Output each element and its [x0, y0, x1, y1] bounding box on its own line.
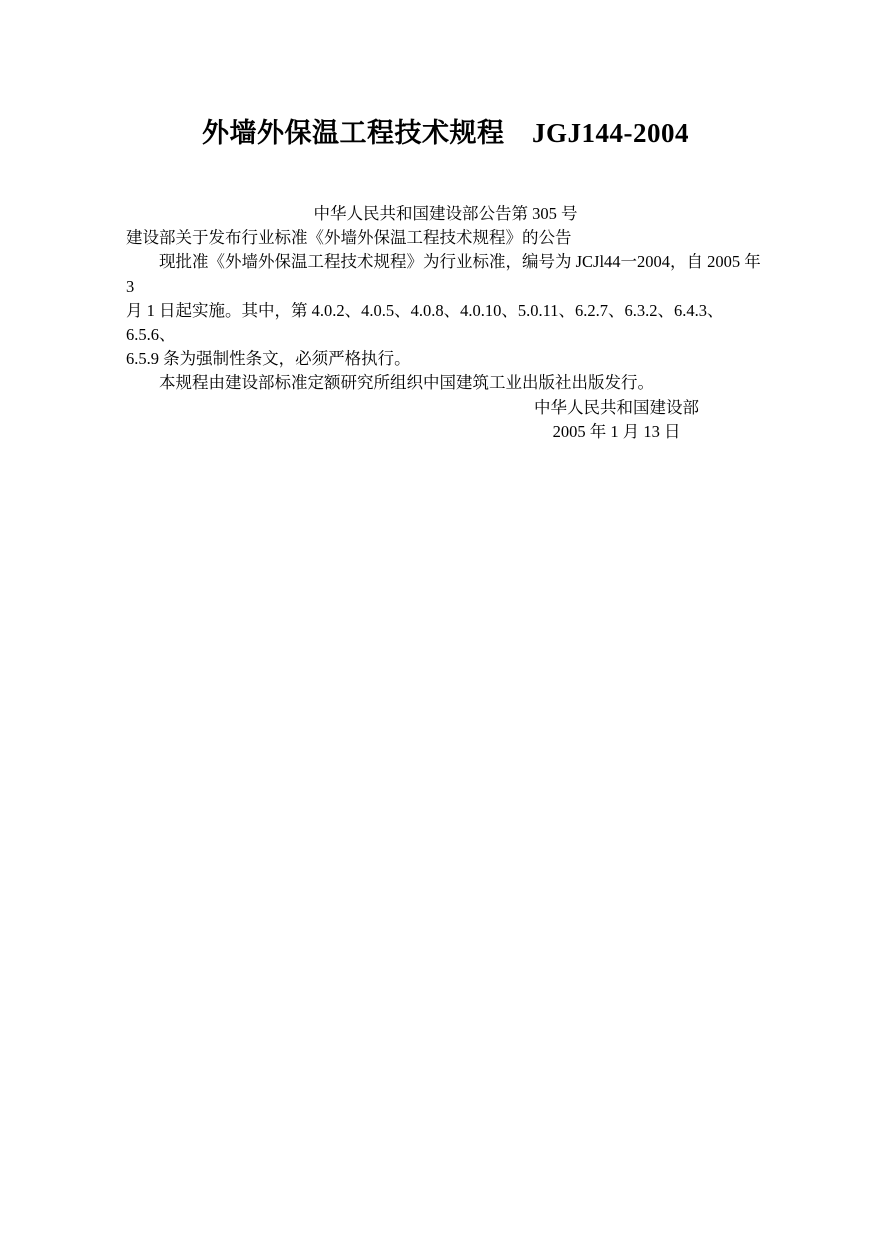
body-line: 6.5.9 条为强制性条文，必须严格执行。	[126, 347, 765, 371]
signature-date: 2005 年 1 月 13 日	[534, 420, 699, 444]
text-column: 外墙外保温工程技术规程 JGJ144-2004 中华人民共和国建设部公告第 30…	[0, 0, 889, 444]
signature-org: 中华人民共和国建设部	[534, 396, 699, 420]
body-line: 本规程由建设部标准定额研究所组织中国建筑工业出版社出版发行。	[126, 371, 765, 395]
signature-block: 中华人民共和国建设部 2005 年 1 月 13 日	[534, 396, 699, 444]
announcement-number-line: 中华人民共和国建设部公告第 305 号	[126, 202, 765, 226]
announcement-section: 中华人民共和国建设部公告第 305 号 建设部关于发布行业标准《外墙外保温工程技…	[126, 202, 765, 444]
announcement-heading-line: 建设部关于发布行业标准《外墙外保温工程技术规程》的公告	[126, 226, 765, 250]
document-page: 外墙外保温工程技术规程 JGJ144-2004 中华人民共和国建设部公告第 30…	[0, 0, 889, 1256]
body-line: 月 1 日起实施。其中，第 4.0.2、4.0.5、4.0.8、4.0.10、5…	[126, 299, 765, 347]
body-line: 现批准《外墙外保温工程技术规程》为行业标准，编号为 JCJl44一2004，自 …	[126, 250, 765, 298]
document-title: 外墙外保温工程技术规程 JGJ144-2004	[126, 0, 765, 150]
